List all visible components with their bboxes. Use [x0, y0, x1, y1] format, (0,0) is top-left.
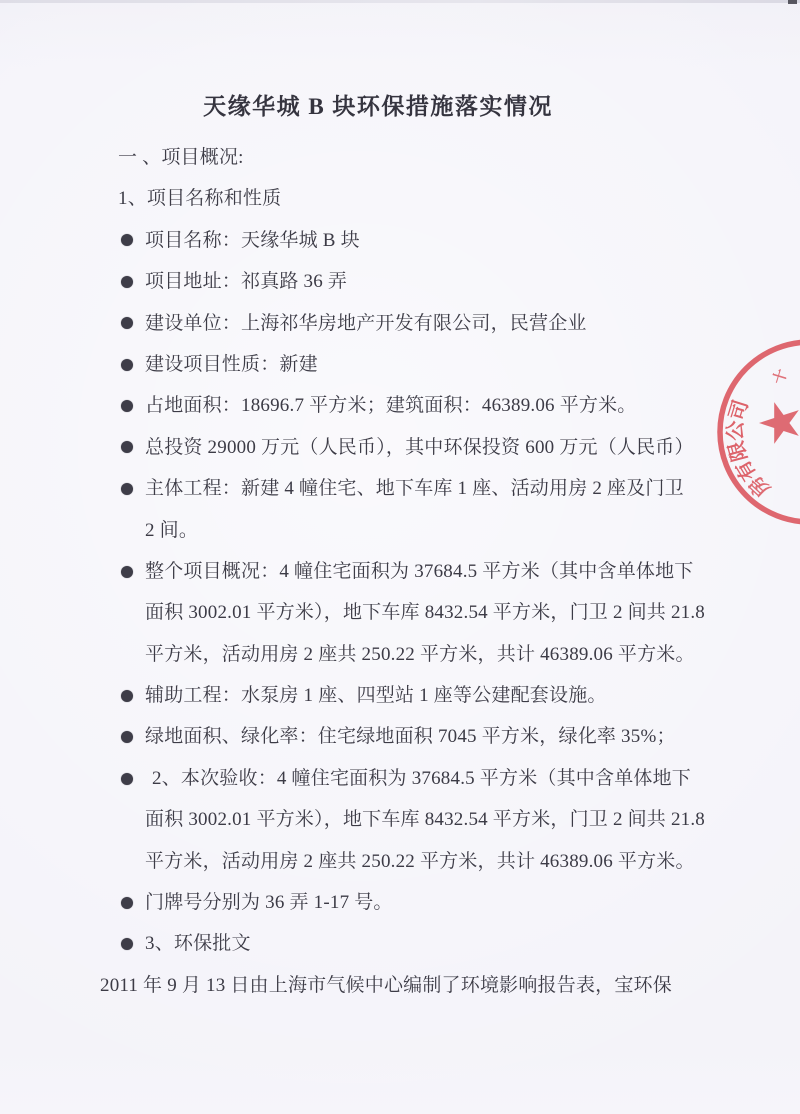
document-line: 2、本次验收：4 幢住宅面积为 37684.5 平方米（其中含单体地下 — [100, 758, 740, 799]
document-line: 门牌号分别为 36 弄 1-17 号。 — [100, 882, 740, 923]
line-text: 项目地址：祁真路 36 弄 — [145, 271, 347, 292]
document-line: 一 、项目概况: — [100, 137, 740, 178]
line-text: 整个项目概况：4 幢住宅面积为 37684.5 平方米（其中含单体地下 — [145, 561, 694, 582]
document-line: 整个项目概况：4 幢住宅面积为 37684.5 平方米（其中含单体地下 — [100, 551, 740, 592]
document-line: 建设项目性质：新建 — [100, 344, 740, 385]
bullet-icon — [121, 317, 133, 329]
scanned-document-page: 天缘华城 B 块环保措施落实情况 一 、项目概况: 1、项目名称和性质 项目名称… — [0, 0, 800, 1114]
bullet-icon — [121, 234, 133, 246]
line-text: 总投资 29000 万元（人民币），其中环保投资 600 万元（人民币） — [145, 437, 694, 458]
bullet-icon — [121, 276, 133, 288]
document-line: 项目名称：天缘华城 B 块 — [100, 220, 740, 261]
line-text: 平方米，活动用房 2 座共 250.22 平方米，共计 46389.06 平方米… — [145, 851, 695, 872]
document-line: 绿地面积、绿化率：住宅绿地面积 7045 平方米，绿化率 35%； — [100, 716, 740, 757]
line-text: 面积 3002.01 平方米），地下车库 8432.54 平方米，门卫 2 间共… — [145, 602, 705, 623]
line-text: 面积 3002.01 平方米），地下车库 8432.54 平方米，门卫 2 间共… — [145, 809, 705, 830]
line-text: 2 间。 — [145, 520, 198, 541]
document-line: 建设单位：上海祁华房地产开发有限公司，民营企业 — [100, 303, 740, 344]
line-text: 建设项目性质：新建 — [145, 354, 318, 375]
document-line: 1、项目名称和性质 — [100, 178, 740, 219]
scan-artifact-speck — [788, 0, 797, 4]
bullet-icon — [121, 897, 133, 909]
seal-fragment-char: 十 — [770, 367, 791, 386]
document-line: 占地面积：18696.7 平方米；建筑面积：46389.06 平方米。 — [100, 385, 740, 426]
bullet-icon — [121, 731, 133, 743]
bullet-icon — [121, 400, 133, 412]
bullet-icon — [121, 566, 133, 578]
seal-char: 公 — [724, 419, 747, 440]
bullet-icon — [121, 938, 133, 950]
line-text: 1、项目名称和性质 — [118, 188, 281, 209]
document-line: 3、环保批文 — [100, 923, 740, 964]
document-line: 2011 年 9 月 13 日由上海市气候中心编制了环境影响报告表，宝环保 — [100, 965, 740, 1006]
document-title: 天缘华城 B 块环保措施落实情况 — [0, 92, 800, 122]
star-icon — [754, 396, 800, 447]
bullet-icon — [121, 483, 133, 495]
line-text: 门牌号分别为 36 弄 1-17 号。 — [145, 892, 393, 913]
line-text: 主体工程：新建 4 幢住宅、地下车库 1 座、活动用房 2 座及门卫 — [145, 478, 684, 499]
document-line: 面积 3002.01 平方米），地下车库 8432.54 平方米，门卫 2 间共… — [100, 592, 740, 633]
seal-char: 司 — [725, 397, 753, 423]
document-line: 辅助工程：水泵房 1 座、四型站 1 座等公建配套设施。 — [100, 675, 740, 716]
document-line: 平方米，活动用房 2 座共 250.22 平方米，共计 46389.06 平方米… — [100, 841, 740, 882]
line-text: 一 、项目概况: — [118, 147, 244, 168]
document-line: 面积 3002.01 平方米），地下车库 8432.54 平方米，门卫 2 间共… — [100, 799, 740, 840]
bullet-icon — [121, 441, 133, 453]
line-text: 2、本次验收：4 幢住宅面积为 37684.5 平方米（其中含单体地下 — [152, 768, 691, 789]
company-seal-stamp: 司 公 限 有 房 十 — [688, 326, 800, 540]
scan-edge-shadow — [0, 0, 800, 3]
line-text: 建设单位：上海祁华房地产开发有限公司，民营企业 — [145, 313, 587, 334]
line-text: 3、环保批文 — [145, 933, 251, 954]
line-text: 辅助工程：水泵房 1 座、四型站 1 座等公建配套设施。 — [145, 685, 607, 706]
document-line: 总投资 29000 万元（人民币），其中环保投资 600 万元（人民币） — [100, 427, 740, 468]
bullet-icon — [121, 773, 133, 785]
line-text: 项目名称：天缘华城 B 块 — [145, 230, 360, 251]
bullet-icon — [121, 690, 133, 702]
document-line: 项目地址：祁真路 36 弄 — [100, 261, 740, 302]
document-body: 一 、项目概况: 1、项目名称和性质 项目名称：天缘华城 B 块 项目地址：祁真… — [100, 137, 740, 1006]
document-line: 平方米，活动用房 2 座共 250.22 平方米，共计 46389.06 平方米… — [100, 634, 740, 675]
document-line: 2 间。 — [100, 510, 740, 551]
bullet-icon — [121, 359, 133, 371]
line-text: 占地面积：18696.7 平方米；建筑面积：46389.06 平方米。 — [145, 395, 637, 416]
document-line: 主体工程：新建 4 幢住宅、地下车库 1 座、活动用房 2 座及门卫 — [100, 468, 740, 509]
line-text: 平方米，活动用房 2 座共 250.22 平方米，共计 46389.06 平方米… — [145, 644, 695, 665]
line-text: 2011 年 9 月 13 日由上海市气候中心编制了环境影响报告表，宝环保 — [100, 975, 672, 996]
line-text: 绿地面积、绿化率：住宅绿地面积 7045 平方米，绿化率 35%； — [145, 726, 676, 747]
